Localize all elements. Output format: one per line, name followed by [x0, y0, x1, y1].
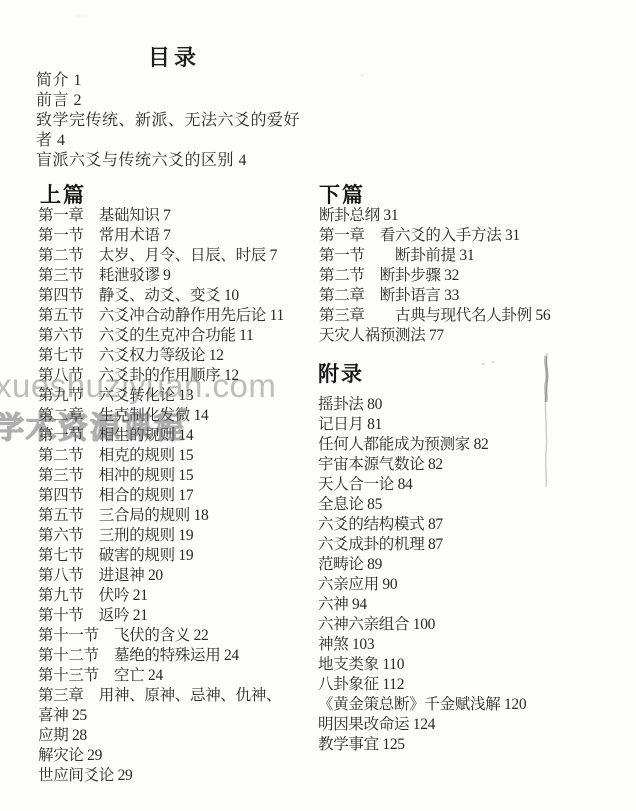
toc-item: 《黄金策总断》千金赋浅解 120 — [318, 695, 526, 715]
toc-item: 断卦总纲 31 — [319, 206, 550, 226]
toc-item: 明因果改命运 124 — [318, 715, 526, 735]
toc-item: 第十一节 飞伏的含义 22 — [38, 626, 284, 646]
toc-item: 第八节 六爻卦的作用顺序 12 — [38, 366, 284, 386]
toc-item: 范畴论 89 — [318, 555, 526, 575]
toc-item: 第三节 耗泄驳谬 9 — [38, 266, 284, 286]
toc-item: 摇卦法 80 — [318, 395, 526, 415]
toc-item: 教学事宜 125 — [318, 735, 526, 755]
toc-item: 第十三节 空亡 24 — [38, 666, 284, 686]
toc-item: 第十节 返吟 21 — [38, 606, 284, 626]
page-title: 目录 — [148, 41, 200, 72]
toc-item: 第五节 六爻冲合动静作用先后论 11 — [38, 306, 284, 326]
toc-item: 神煞 103 — [318, 635, 526, 655]
toc-item: 应期 28 — [38, 726, 284, 746]
toc-item: 第六节 三刑的规则 19 — [38, 526, 284, 546]
toc-item: 第二节 断卦步骤 32 — [319, 266, 550, 286]
fulu-list: 摇卦法 80记日月 81任何人都能成为预测家 82宇宙本源气数论 82天人合一论… — [318, 395, 526, 755]
toc-item: 解灾论 29 — [38, 746, 284, 766]
toc-item: 第七节 六爻权力等级论 12 — [38, 346, 284, 366]
toc-item: 第七节 破害的规则 19 — [38, 546, 284, 566]
toc-item: 第九节 伏吟 21 — [38, 586, 284, 606]
toc-item: 八卦象征 112 — [318, 675, 526, 695]
section-heading-fulu: 附录 — [318, 358, 364, 388]
toc-item: 全息论 85 — [318, 495, 526, 515]
toc-item: 盲派六爻与传统六爻的区别 4 — [36, 151, 300, 171]
toc-item: 地支类象 110 — [318, 655, 526, 675]
shangpian-list: 第一章 基础知识 7第一节 常用术语 7第二节 太岁、月令、日辰、时辰 7第三节… — [38, 206, 284, 786]
toc-item: 第三节 相冲的规则 15 — [38, 466, 284, 486]
toc-item: 简介 1 — [36, 71, 300, 91]
toc-item: 前言 2 — [36, 91, 300, 111]
scanned-toc-page: 目录 简介 1前言 2致学完传统、新派、无法六爻的爱好者 4盲派六爻与传统六爻的… — [0, 0, 636, 811]
toc-item: 第三章 古典与现代名人卦例 56 — [319, 306, 550, 326]
toc-item: 第三章 用神、原神、忌神、仇神、 — [38, 686, 284, 706]
toc-item: 第一节 相生的规则 14 — [38, 426, 284, 446]
section-heading-shangpian: 上篇 — [40, 179, 86, 209]
toc-item: 第一章 基础知识 7 — [38, 206, 284, 226]
toc-item: 六爻成卦的机理 87 — [318, 535, 526, 555]
xiapian-list: 断卦总纲 31第一章 看六爻的入手方法 31第一节 断卦前提 31第二节 断卦步… — [319, 206, 550, 346]
toc-item: 宇宙本源气数论 82 — [318, 455, 526, 475]
toc-item: 致学完传统、新派、无法六爻的爱好 — [36, 111, 300, 131]
toc-item: 天灾人祸预测法 77 — [319, 326, 550, 346]
scan-speck — [482, 363, 485, 365]
toc-item: 第二节 相克的规则 15 — [38, 446, 284, 466]
toc-item: 第十二节 墓绝的特殊运用 24 — [38, 646, 284, 666]
toc-item: 天人合一论 84 — [318, 475, 526, 495]
toc-item: 世应间爻论 29 — [38, 766, 284, 786]
toc-item: 第四节 相合的规则 17 — [38, 486, 284, 506]
scan-speck — [360, 74, 364, 77]
toc-item: 第一章 看六爻的入手方法 31 — [319, 226, 550, 246]
toc-item: 第九节 六爻转化论 13 — [38, 386, 284, 406]
toc-item: 第八节 进退神 20 — [38, 566, 284, 586]
toc-item: 六神六亲组合 100 — [318, 615, 526, 635]
intro-list: 简介 1前言 2致学完传统、新派、无法六爻的爱好者 4盲派六爻与传统六爻的区别 … — [36, 71, 300, 171]
scan-speck — [491, 361, 495, 363]
scan-streak-artifact — [539, 350, 555, 490]
toc-item: 第一节 断卦前提 31 — [319, 246, 550, 266]
toc-item: 喜神 25 — [38, 706, 284, 726]
toc-item: 第二节 太岁、月令、日辰、时辰 7 — [38, 246, 284, 266]
toc-item: 记日月 81 — [318, 415, 526, 435]
toc-item: 者 4 — [36, 131, 300, 151]
toc-item: 六爻的结构模式 87 — [318, 515, 526, 535]
scan-speck — [75, 14, 89, 18]
toc-item: 第六节 六爻的生克冲合功能 11 — [38, 326, 284, 346]
toc-item: 第五节 三合局的规则 18 — [38, 506, 284, 526]
toc-item: 第四节 静爻、动爻、变爻 10 — [38, 286, 284, 306]
toc-item: 六神 94 — [318, 595, 526, 615]
toc-item: 第一节 常用术语 7 — [38, 226, 284, 246]
section-heading-xiapian: 下篇 — [319, 179, 365, 209]
toc-item: 六亲应用 90 — [318, 575, 526, 595]
toc-item: 任何人都能成为预测家 82 — [318, 435, 526, 455]
toc-item: 第二章 断卦语言 33 — [319, 286, 550, 306]
toc-item: 第二章 生克制化发微 14 — [38, 406, 284, 426]
